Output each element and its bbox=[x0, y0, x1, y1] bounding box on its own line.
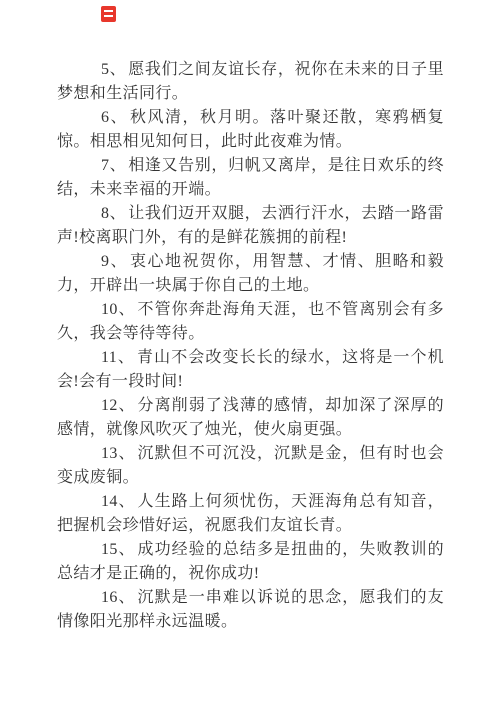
list-item-number: 15、 bbox=[101, 541, 138, 558]
document-body: 5、愿我们之间友谊长存，祝你在未来的日子里梦想和生活同行。 6、秋风清，秋月明。… bbox=[57, 58, 444, 634]
list-item: 7、相逢又告别，归帆又离岸，是往日欢乐的终结，未来幸福的开端。 bbox=[57, 154, 444, 201]
list-item-number: 7、 bbox=[101, 157, 128, 174]
list-item: 10、不管你奔赴海角天涯，也不管离别会有多久，我会等待等待。 bbox=[57, 298, 444, 345]
list-item: 16、沉默是一串难以诉说的思念，愿我们的友情像阳光那样永远温暖。 bbox=[57, 586, 444, 633]
list-item-number: 10、 bbox=[101, 301, 138, 318]
list-item: 14、人生路上何须忧伤，天涯海角总有知音，把握机会珍惜好运，祝愿我们友谊长青。 bbox=[57, 490, 444, 537]
list-item-number: 9、 bbox=[101, 253, 130, 270]
list-item: 6、秋风清，秋月明。落叶聚还散，寒鸦栖复惊。相思相见知何日，此时此夜难为情。 bbox=[57, 106, 444, 153]
list-item-number: 14、 bbox=[101, 493, 138, 510]
list-item: 15、成功经验的总结多是扭曲的，失败教训的总结才是正确的，祝你成功! bbox=[57, 538, 444, 585]
list-item-number: 16、 bbox=[101, 589, 138, 606]
document-page: 5、愿我们之间友谊长存，祝你在未来的日子里梦想和生活同行。 6、秋风清，秋月明。… bbox=[0, 0, 500, 707]
red-seal-icon bbox=[101, 6, 116, 22]
list-item-number: 8、 bbox=[101, 205, 128, 222]
list-item-number: 13、 bbox=[101, 445, 138, 462]
list-item: 5、愿我们之间友谊长存，祝你在未来的日子里梦想和生活同行。 bbox=[57, 58, 444, 105]
list-item: 9、衷心地祝贺你，用智慧、才情、胆略和毅力，开辟出一块属于你自己的土地。 bbox=[57, 250, 444, 297]
list-item: 13、沉默但不可沉没，沉默是金，但有时也会变成废铜。 bbox=[57, 442, 444, 489]
list-item-number: 6、 bbox=[101, 109, 130, 126]
list-item: 11、青山不会改变长长的绿水，这将是一个机会!会有一段时间! bbox=[57, 346, 444, 393]
list-item-number: 5、 bbox=[101, 61, 128, 78]
list-item: 12、分离削弱了浅薄的感情，却加深了深厚的感情，就像风吹灭了烛光，使火扇更强。 bbox=[57, 394, 444, 441]
list-item-number: 11、 bbox=[101, 349, 137, 366]
list-item-number: 12、 bbox=[101, 397, 138, 414]
list-item: 8、让我们迈开双腿，去洒行汗水，去踏一路雷声!校离职门外，有的是鲜花簇拥的前程! bbox=[57, 202, 444, 249]
